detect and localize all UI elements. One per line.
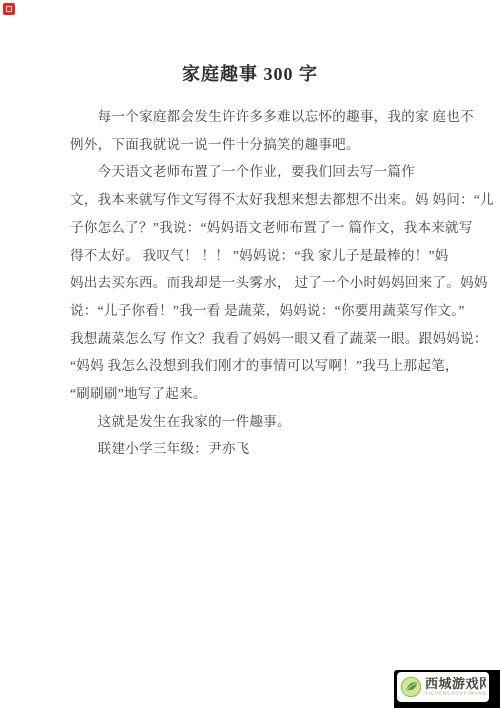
text-line: 联建小学三年级：尹亦飞: [70, 435, 436, 463]
watermark-panel: 西城游戏网 XICHENGYOUXIWANG: [394, 670, 500, 708]
red-stamp-icon: [3, 3, 15, 15]
text-line: 说：“儿子你看！”我一看 是蔬菜，妈妈说：“你要用蔬菜写作文。”: [70, 297, 436, 325]
text-line: 今天语文老师布置了一个作业，要我们回去写一篇作: [70, 158, 436, 186]
text-line: 妈出去买东西。而我却是一头雾水， 过了一个小时妈妈回来了。妈妈: [70, 269, 436, 297]
text-line: 子你怎么了？”我说：“妈妈语文老师布置了一 篇作文，我本来就写: [70, 214, 436, 242]
text-line: “妈妈 我怎么没想到我们刚才的事情可以写啊！”我马上那起笔，: [70, 352, 436, 380]
watermark-text-block: 西城游戏网 XICHENGYOUXIWANG: [425, 677, 486, 697]
watermark-card: 西城游戏网 XICHENGYOUXIWANG: [397, 672, 489, 702]
watermark-subtext: XICHENGYOUXIWANG: [425, 691, 477, 696]
essay-body: 每一个家庭都会发生许许多多难以忘怀的趣事，我的家 庭也不 例外，下面我就说一说一…: [70, 103, 436, 463]
text-line: “刷刷刷”地写了起来。: [70, 380, 436, 408]
text-line: 这就是发生在我家的一件趣事。: [70, 408, 436, 436]
text-line: 我想蔬菜怎么写 作文？我看了妈妈一眼又看了蔬菜一眼。跟妈妈说：: [70, 325, 436, 353]
text-line: 文，我本来就写作文写得不太好我想来想去都想不出来。妈 妈问：“儿: [70, 186, 436, 214]
watermark-site-name: 西城游戏网: [425, 677, 486, 691]
page-title: 家庭趣事 300 字: [0, 60, 500, 86]
green-leaf-icon: [400, 676, 422, 698]
text-line: 每一个家庭都会发生许许多多难以忘怀的趣事，我的家 庭也不: [70, 103, 436, 131]
text-line: 例外，下面我就说一说一件十分搞笑的趣事吧。: [70, 131, 436, 159]
text-line: 得不太好。 我叹气！ ！！ ”妈妈说：“我 家儿子是最棒的！”妈: [70, 242, 436, 270]
